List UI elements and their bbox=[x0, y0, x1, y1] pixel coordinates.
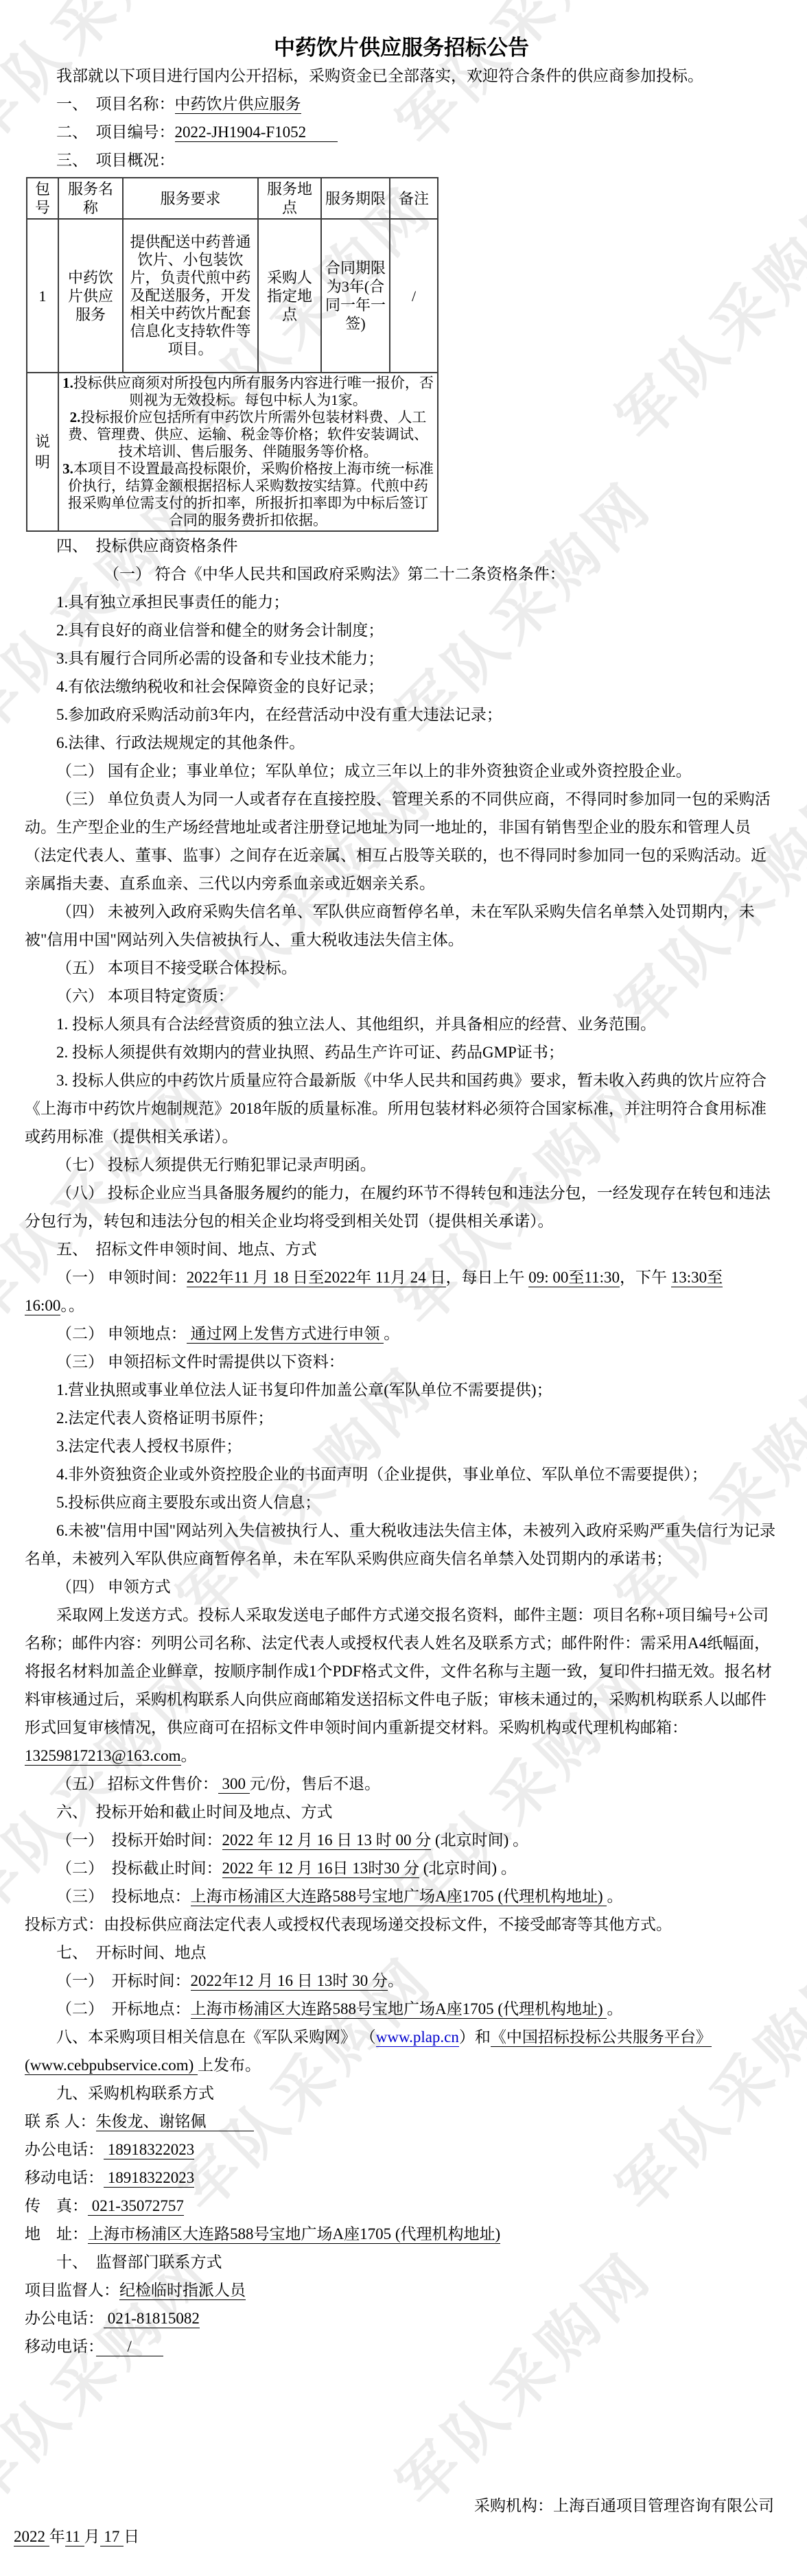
supervisor-mobile-line: 移动电话： / bbox=[25, 2332, 778, 2361]
special-qualification-item: 2. 投标人须提供有效期内的营业执照、药品生产许可证、药品GMP证书； bbox=[25, 1038, 778, 1066]
collection-place-line: （二） 申领地点： 通过网上发售方式进行申领 。 bbox=[25, 1320, 778, 1348]
cell-location: 采购人指定地点 bbox=[258, 219, 321, 373]
supervisor-office-phone-value: 021-81815082 bbox=[104, 2310, 200, 2328]
procurement-agency-line: 采购机构：上海百通项目管理咨询有限公司 bbox=[474, 2493, 774, 2516]
supervisor-office-phone-line: 办公电话： 021-81815082 bbox=[25, 2304, 778, 2332]
bid-place-line: （三） 投标地点：上海市杨浦区大连路588号宝地广场A座1705 (代理机构地址… bbox=[25, 1882, 778, 1910]
section-8-paragraph: 八、本采购项目相关信息在《军队采购网》 （www.plap.cn）和《中国招标投… bbox=[25, 2023, 778, 2079]
opening-place-line: （二） 开标地点：上海市杨浦区大连路588号宝地广场A座1705 (代理机构地址… bbox=[25, 1995, 778, 2023]
page-title: 中药饮片供应服务招标公告 bbox=[25, 0, 778, 62]
bid-deadline-line: （二） 投标截止时间：2022 年 12 月 16日 13时30 分 (北京时间… bbox=[25, 1854, 778, 1882]
project-name-value: 中药饮片供应服务 bbox=[175, 95, 301, 114]
platform-name: 《中国招标投标公共服务平台》 bbox=[491, 2028, 712, 2047]
section-4-item-3: （三） 单位负责人为同一人或者存在直接控股、管理关系的不同供应商，不得同时参加同… bbox=[25, 785, 778, 898]
document-body: 中药饮片供应服务招标公告 我部就以下项目进行国内公开招标，采购资金已全部落实，欢… bbox=[0, 0, 807, 2361]
section-6-heading: 六、 投标开始和截止时间及地点、方式 bbox=[25, 1798, 778, 1826]
table-header-row: 包号 服务名称 服务要求 服务地点 服务期限 备注 bbox=[27, 178, 438, 219]
section-9-heading: 九、采购机构联系方式 bbox=[25, 2079, 778, 2107]
plap-link[interactable]: www.plap.cn bbox=[376, 2028, 459, 2047]
section-4-heading: 四、 投标供应商资格条件 bbox=[25, 532, 778, 560]
opening-place-value: 上海市杨浦区大连路588号宝地广场A座1705 (代理机构地址) bbox=[191, 2000, 607, 2019]
collection-place-value: 通过网上发售方式进行申领 bbox=[187, 1325, 384, 1344]
remark-item: 2.投标报价应包括所有中药饮片所需外包装材料费、人工费、管理费、供应、运输、税金… bbox=[62, 409, 434, 460]
remark-item: 1.投标供应商须对所投包内所有服务内容进行唯一报价，否则视为无效投标。每包中标人… bbox=[62, 375, 434, 409]
fax-value: 021-35072757 bbox=[88, 2197, 184, 2216]
bid-deadline-time: 2022 年 12 月 16日 13时30 分 bbox=[222, 1860, 420, 1878]
supervisor-mobile-value: / bbox=[96, 2338, 163, 2356]
special-qualification-item: 3. 投标人供应的中药饮片质量应符合最新版《中华人民共和国药典》要求，暂未收入药… bbox=[25, 1066, 778, 1151]
qualification-item: 3.具有履行合同所必需的设备和专业技术能力； bbox=[25, 644, 778, 672]
contact-person-value: 朱俊龙、谢铭佩 bbox=[96, 2113, 254, 2131]
cell-package-number: 1 bbox=[27, 219, 58, 373]
qualification-item: 6.法律、行政法规规定的其他条件。 bbox=[25, 729, 778, 757]
project-name-line: 一、 项目名称：中药饮片供应服务 bbox=[25, 90, 778, 118]
bid-start-time: 2022 年 12 月 16 日 13 时 00 分 bbox=[222, 1831, 432, 1850]
document-price-line: （五） 招标文件售价： 300 元/份，售后不退。 bbox=[25, 1770, 778, 1798]
tender-announcement-page: 军队采购网军队采购网军队采购网军队采购网军队采购网军队采购网军队采购网军队采购网… bbox=[0, 0, 807, 2576]
qualification-item: 4.有依法缴纳税收和社会保障资金的良好记录； bbox=[25, 672, 778, 701]
qualification-item: 1.具有独立承担民事责任的能力； bbox=[25, 588, 778, 616]
section-4-item-1: （一） 符合《中华人民共和国政府采购法》第二十二条资格条件： bbox=[25, 560, 778, 588]
material-item: 5.投标供应商主要股东或出资人信息； bbox=[25, 1488, 778, 1517]
project-number-line: 二、 项目编号：2022-JH1904-F1052 bbox=[25, 118, 778, 146]
section-4-item-7: （七） 投标人须提供无行贿犯罪记录声明函。 bbox=[25, 1151, 778, 1179]
office-phone-line: 办公电话： 18918322023 bbox=[25, 2135, 778, 2164]
document-price-value: 300 bbox=[218, 1775, 250, 1794]
agency-email: 13259817213@163.com bbox=[25, 1747, 181, 1766]
opening-time-value: 2022年12 月 16 日 13时 30 分 bbox=[191, 1972, 388, 1991]
col-header-package: 包号 bbox=[27, 178, 58, 219]
address-line: 地 址：上海市杨浦区大连路588号宝地广场A座1705 (代理机构地址) bbox=[25, 2220, 778, 2248]
cell-service-name: 中药饮片供应服务 bbox=[58, 219, 123, 373]
fax-line: 传 真： 021-35072757 bbox=[25, 2192, 778, 2220]
collection-materials-heading: （三） 申领招标文件时需提供以下资料： bbox=[25, 1348, 778, 1376]
bid-method-line: 投标方式：由投标供应商法定代表人或授权代表现场递交投标文件，不接受邮寄等其他方式… bbox=[25, 1910, 778, 1939]
contact-person-line: 联 系 人：朱俊龙、谢铭佩 bbox=[25, 2107, 778, 2135]
col-header-note: 备注 bbox=[390, 178, 438, 219]
section-4-item-2: （二） 国有企业；事业单位；军队单位；成立三年以上的非外资独资企业或外资控股企业… bbox=[25, 757, 778, 785]
material-item: 2.法定代表人资格证明书原件； bbox=[25, 1404, 778, 1432]
section-4-item-8: （八） 投标企业应当具备服务履约的能力，在履约环节不得转包和违法分包，一经发现存… bbox=[25, 1179, 778, 1235]
project-number-value: 2022-JH1904-F1052 bbox=[175, 124, 307, 142]
special-qualification-item: 1. 投标人须具有合法经营资质的独立法人、其他组织，并具备相应的经营、业务范围。 bbox=[25, 1010, 778, 1038]
section-7-heading: 七、 开标时间、地点 bbox=[25, 1939, 778, 1967]
qualification-item: 5.参加政府采购活动前3年内，在经营活动中没有重大违法记录； bbox=[25, 701, 778, 729]
section-4-item-5: （五） 本项目不接受联合体投标。 bbox=[25, 954, 778, 982]
table-row: 1 中药饮片供应服务 提供配送中药普通饮片、小包装饮片，负责代煎中药及配送服务，… bbox=[27, 219, 438, 373]
section-5-heading: 五、 招标文件申领时间、地点、方式 bbox=[25, 1235, 778, 1263]
table-remark-row: 说明 1.投标供应商须对所投包内所有服务内容进行唯一报价，否则视为无效投标。每包… bbox=[27, 373, 438, 531]
cell-requirements: 提供配送中药普通饮片、小包装饮片，负责代煎中药及配送服务，开发相关中药饮片配套信… bbox=[123, 219, 258, 373]
material-item: 1.营业执照或事业单位法人证书复印件加盖公章(军队单位不需要提供)； bbox=[25, 1376, 778, 1404]
supervisor-line: 项目监督人：纪检临时指派人员 bbox=[25, 2276, 778, 2304]
col-header-service-name: 服务名称 bbox=[58, 178, 123, 219]
project-number-label: 二、 项目编号： bbox=[56, 124, 175, 141]
project-overview-table: 包号 服务名称 服务要求 服务地点 服务期限 备注 1 中药饮片供应服务 提供配… bbox=[26, 177, 438, 532]
collection-am-hours: 09: 00至11:30 bbox=[528, 1269, 620, 1287]
section-4-item-6: （六） 本项目特定资质： bbox=[25, 982, 778, 1010]
collection-time-line: （一） 申领时间：2022年11 月 18 日至2022年 11月 24 日，每… bbox=[25, 1263, 778, 1320]
remark-label: 说明 bbox=[27, 373, 58, 531]
collection-date-range: 2022年11 月 18 日至2022年 11月 24 日 bbox=[187, 1269, 446, 1287]
material-item: 6.未被"信用中国"网站列入失信被执行人、重大税收违法失信主体，未被列入政府采购… bbox=[25, 1517, 778, 1573]
cell-note: / bbox=[390, 219, 438, 373]
collection-method-paragraph: 采取网上发送方式。投标人采取发送电子邮件方式递交报名资料，邮件主题：项目名称+项… bbox=[25, 1601, 778, 1770]
col-header-requirements: 服务要求 bbox=[123, 178, 258, 219]
opening-time-line: （一） 开标时间：2022年12 月 16 日 13时 30 分。 bbox=[25, 1967, 778, 1995]
qualification-item: 2.具有良好的商业信誉和健全的财务会计制度； bbox=[25, 616, 778, 644]
mobile-phone-line: 移动电话： 18918322023 bbox=[25, 2164, 778, 2192]
office-phone-value: 18918322023 bbox=[104, 2141, 194, 2159]
platform-url: (www.cebpubservice.com) bbox=[25, 2057, 198, 2075]
cell-duration: 合同期限为3年(合同一年一签) bbox=[321, 219, 390, 373]
bid-start-line: （一） 投标开始时间：2022 年 12 月 16 日 13 时 00 分 (北… bbox=[25, 1826, 778, 1854]
address-value: 上海市杨浦区大连路588号宝地广场A座1705 (代理机构地址) bbox=[88, 2225, 500, 2244]
collection-method-heading: （四） 申领方式 bbox=[25, 1573, 778, 1601]
remark-content: 1.投标供应商须对所投包内所有服务内容进行唯一报价，否则视为无效投标。每包中标人… bbox=[58, 373, 438, 531]
col-header-duration: 服务期限 bbox=[321, 178, 390, 219]
announcement-date: 2022 年11 月 17 日 bbox=[14, 2524, 139, 2546]
mobile-phone-value: 18918322023 bbox=[104, 2169, 194, 2188]
bid-place-value: 上海市杨浦区大连路588号宝地广场A座1705 (代理机构地址) bbox=[191, 1888, 607, 1906]
procurement-agency-value: 上海百通项目管理咨询有限公司 bbox=[553, 2497, 774, 2514]
project-overview-heading: 三、 项目概况： bbox=[25, 146, 778, 174]
col-header-location: 服务地点 bbox=[258, 178, 321, 219]
section-4-item-4: （四） 未被列入政府采购失信名单、军队供应商暂停名单，未在军队采购失信名单禁入处… bbox=[25, 898, 778, 954]
project-name-label: 一、 项目名称： bbox=[56, 95, 175, 113]
supervisor-value: 纪检临时指派人员 bbox=[119, 2282, 246, 2300]
intro-paragraph: 我部就以下项目进行国内公开招标，采购资金已全部落实，欢迎符合条件的供应商参加投标… bbox=[25, 62, 778, 90]
material-item: 4.非外资独资企业或外资控股企业的书面声明（企业提供，事业单位、军队单位不需要提… bbox=[25, 1460, 778, 1488]
remark-item: 3.本项目不设置最高投标限价，采购价格按上海市统一标准价执行，结算金额根据招标人… bbox=[62, 460, 434, 529]
section-10-heading: 十、 监督部门联系方式 bbox=[25, 2248, 778, 2276]
material-item: 3.法定代表人授权书原件； bbox=[25, 1432, 778, 1460]
